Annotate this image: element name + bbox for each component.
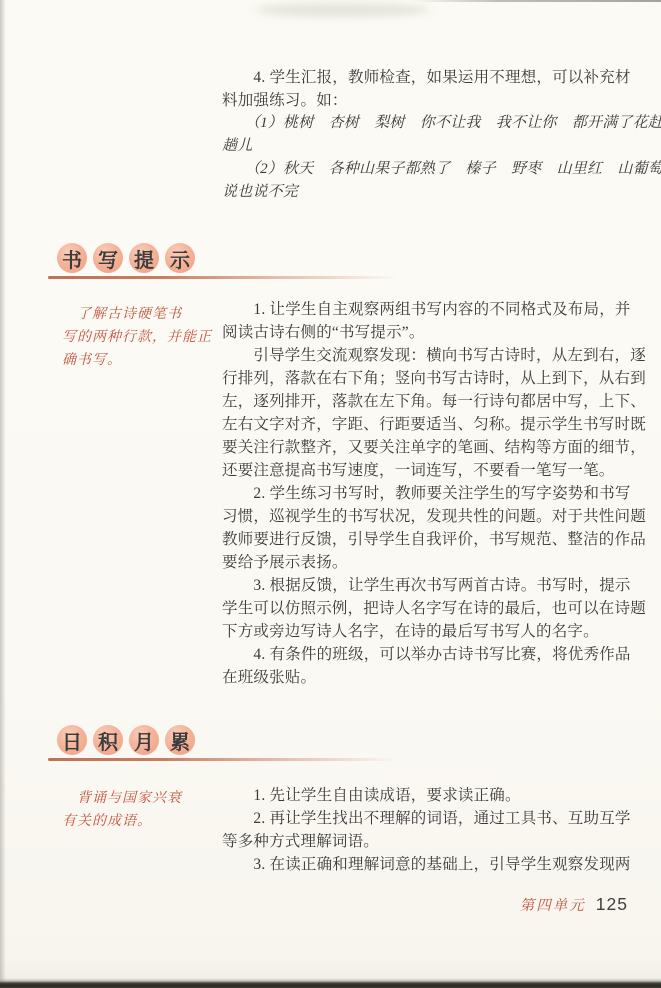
body-line: 还要注意提高书写速度，一词连写，不要看一笔写一笔。 [222,459,646,482]
unit-label: 第四单元 [520,894,586,915]
intro-block: 4. 学生汇报，教师检查，如果运用不理想，可以补充材 料加强练习。如： （1）桃… [222,66,646,204]
body-line: 学生可以仿照示例，把诗人名字写在诗的最后，也可以在诗题 [222,597,646,620]
body-line: 教师要进行反馈，引导学生自我评价，书写规范、整洁的作品 [222,528,646,551]
body-line: 3. 在读正确和理解词意的基础上，引导学生观察发现两 [222,853,646,876]
header-char-circle: 月 [129,725,159,755]
body-line: 要关注行款整齐，又要关注单字的笔画、结构等方面的细节， [222,436,646,459]
header-char: 书 [62,244,82,273]
body-line: 1. 先让学生自由读成语，要求读正确。 [222,784,646,807]
page-number: 125 [596,894,628,915]
margin-note: 了解古诗硬笔书 写的两种行款，并能正 确书写。 [62,303,220,372]
example-line: 说也说不完 [222,181,646,204]
header-char: 提 [134,244,154,273]
body-line: 习惯，巡视学生的书写状况，发现共性的问题。对于共性问题 [222,505,646,528]
example-line: （2）秋天 各种山果子都熟了 榛子 野枣 山里红 山葡萄 [222,158,646,181]
header-char: 日 [62,726,82,755]
section-header-daily-accumulation: 日 积 月 累 [57,725,195,755]
body-line: 左右文字对齐，字距、行距要适当、匀称。提示学生书写时既 [222,413,646,436]
body-line: 1. 让学生自主观察两组书写内容的不同格式及布局，并 [222,298,646,321]
header-char-circle: 书 [57,243,87,273]
page-footer: 第四单元 125 [520,894,628,915]
header-divider [48,276,428,279]
example-line: （1）桃树 杏树 梨树 你不让我 我不让你 都开满了花赶 [222,112,646,135]
header-char-circle: 示 [165,243,195,273]
section-body: 1. 先让学生自由读成语，要求读正确。 2. 再让学生找出不理解的词语，通过工具… [222,784,646,876]
example-line: 趟儿 [222,135,646,158]
body-line: 2. 再让学生找出不理解的词语，通过工具书、互助互学 [222,807,646,830]
showthrough-smudge [255,3,430,17]
section-body: 1. 让学生自主观察两组书写内容的不同格式及布局，并 阅读古诗右侧的“书写提示”… [222,298,646,689]
body-line: 4. 学生汇报，教师检查，如果运用不理想，可以补充材 [222,66,646,89]
margin-note-line: 确书写。 [62,349,220,372]
margin-note-line: 背诵与国家兴衰 [62,787,220,810]
body-line: 3. 根据反馈，让学生再次书写两首古诗。书写时，提示 [222,574,646,597]
header-char-circle: 累 [165,725,195,755]
header-char-circle: 日 [57,725,87,755]
section-header-writing-tips: 书 写 提 示 [57,243,195,273]
body-line: 要给予展示表扬。 [222,551,646,574]
margin-note-line: 有关的成语。 [62,810,220,833]
margin-note-line: 了解古诗硬笔书 [62,303,220,326]
body-line: 引导学生交流观察发现：横向书写古诗时，从左到右，逐 [222,344,646,367]
margin-note-line: 写的两种行款，并能正 [62,326,220,349]
body-line: 2. 学生练习书写时，教师要关注学生的写字姿势和书写 [222,482,646,505]
header-char: 累 [170,726,190,755]
page-bottom-edge [0,978,661,988]
header-char-circle: 写 [93,243,123,273]
body-line: 左，逐列排开，落款在左下角。每一行诗句都居中写，上下、 [222,390,646,413]
page-top-edge-line [410,0,661,2]
header-char: 示 [170,244,190,273]
book-page: 4. 学生汇报，教师检查，如果运用不理想，可以补充材 料加强练习。如： （1）桃… [0,0,661,988]
header-char: 积 [98,726,118,755]
header-char: 月 [134,726,154,755]
page-left-edge-shadow [0,0,6,988]
margin-note: 背诵与国家兴衰 有关的成语。 [62,787,220,833]
body-line: 下方或旁边写诗人名字，在诗的最后写书写人的名字。 [222,620,646,643]
header-char-circle: 提 [129,243,159,273]
body-line: 在班级张贴。 [222,666,646,689]
body-line: 4. 有条件的班级，可以举办古诗书写比赛，将优秀作品 [222,643,646,666]
body-line: 阅读古诗右侧的“书写提示”。 [222,321,646,344]
body-line: 行排列，落款在右下角；竖向书写古诗时，从上到下，从右到 [222,367,646,390]
header-char-circle: 积 [93,725,123,755]
body-line: 料加强练习。如： [222,89,646,112]
header-char: 写 [98,244,118,273]
body-line: 等多种方式理解词语。 [222,830,646,853]
header-divider [48,758,428,761]
